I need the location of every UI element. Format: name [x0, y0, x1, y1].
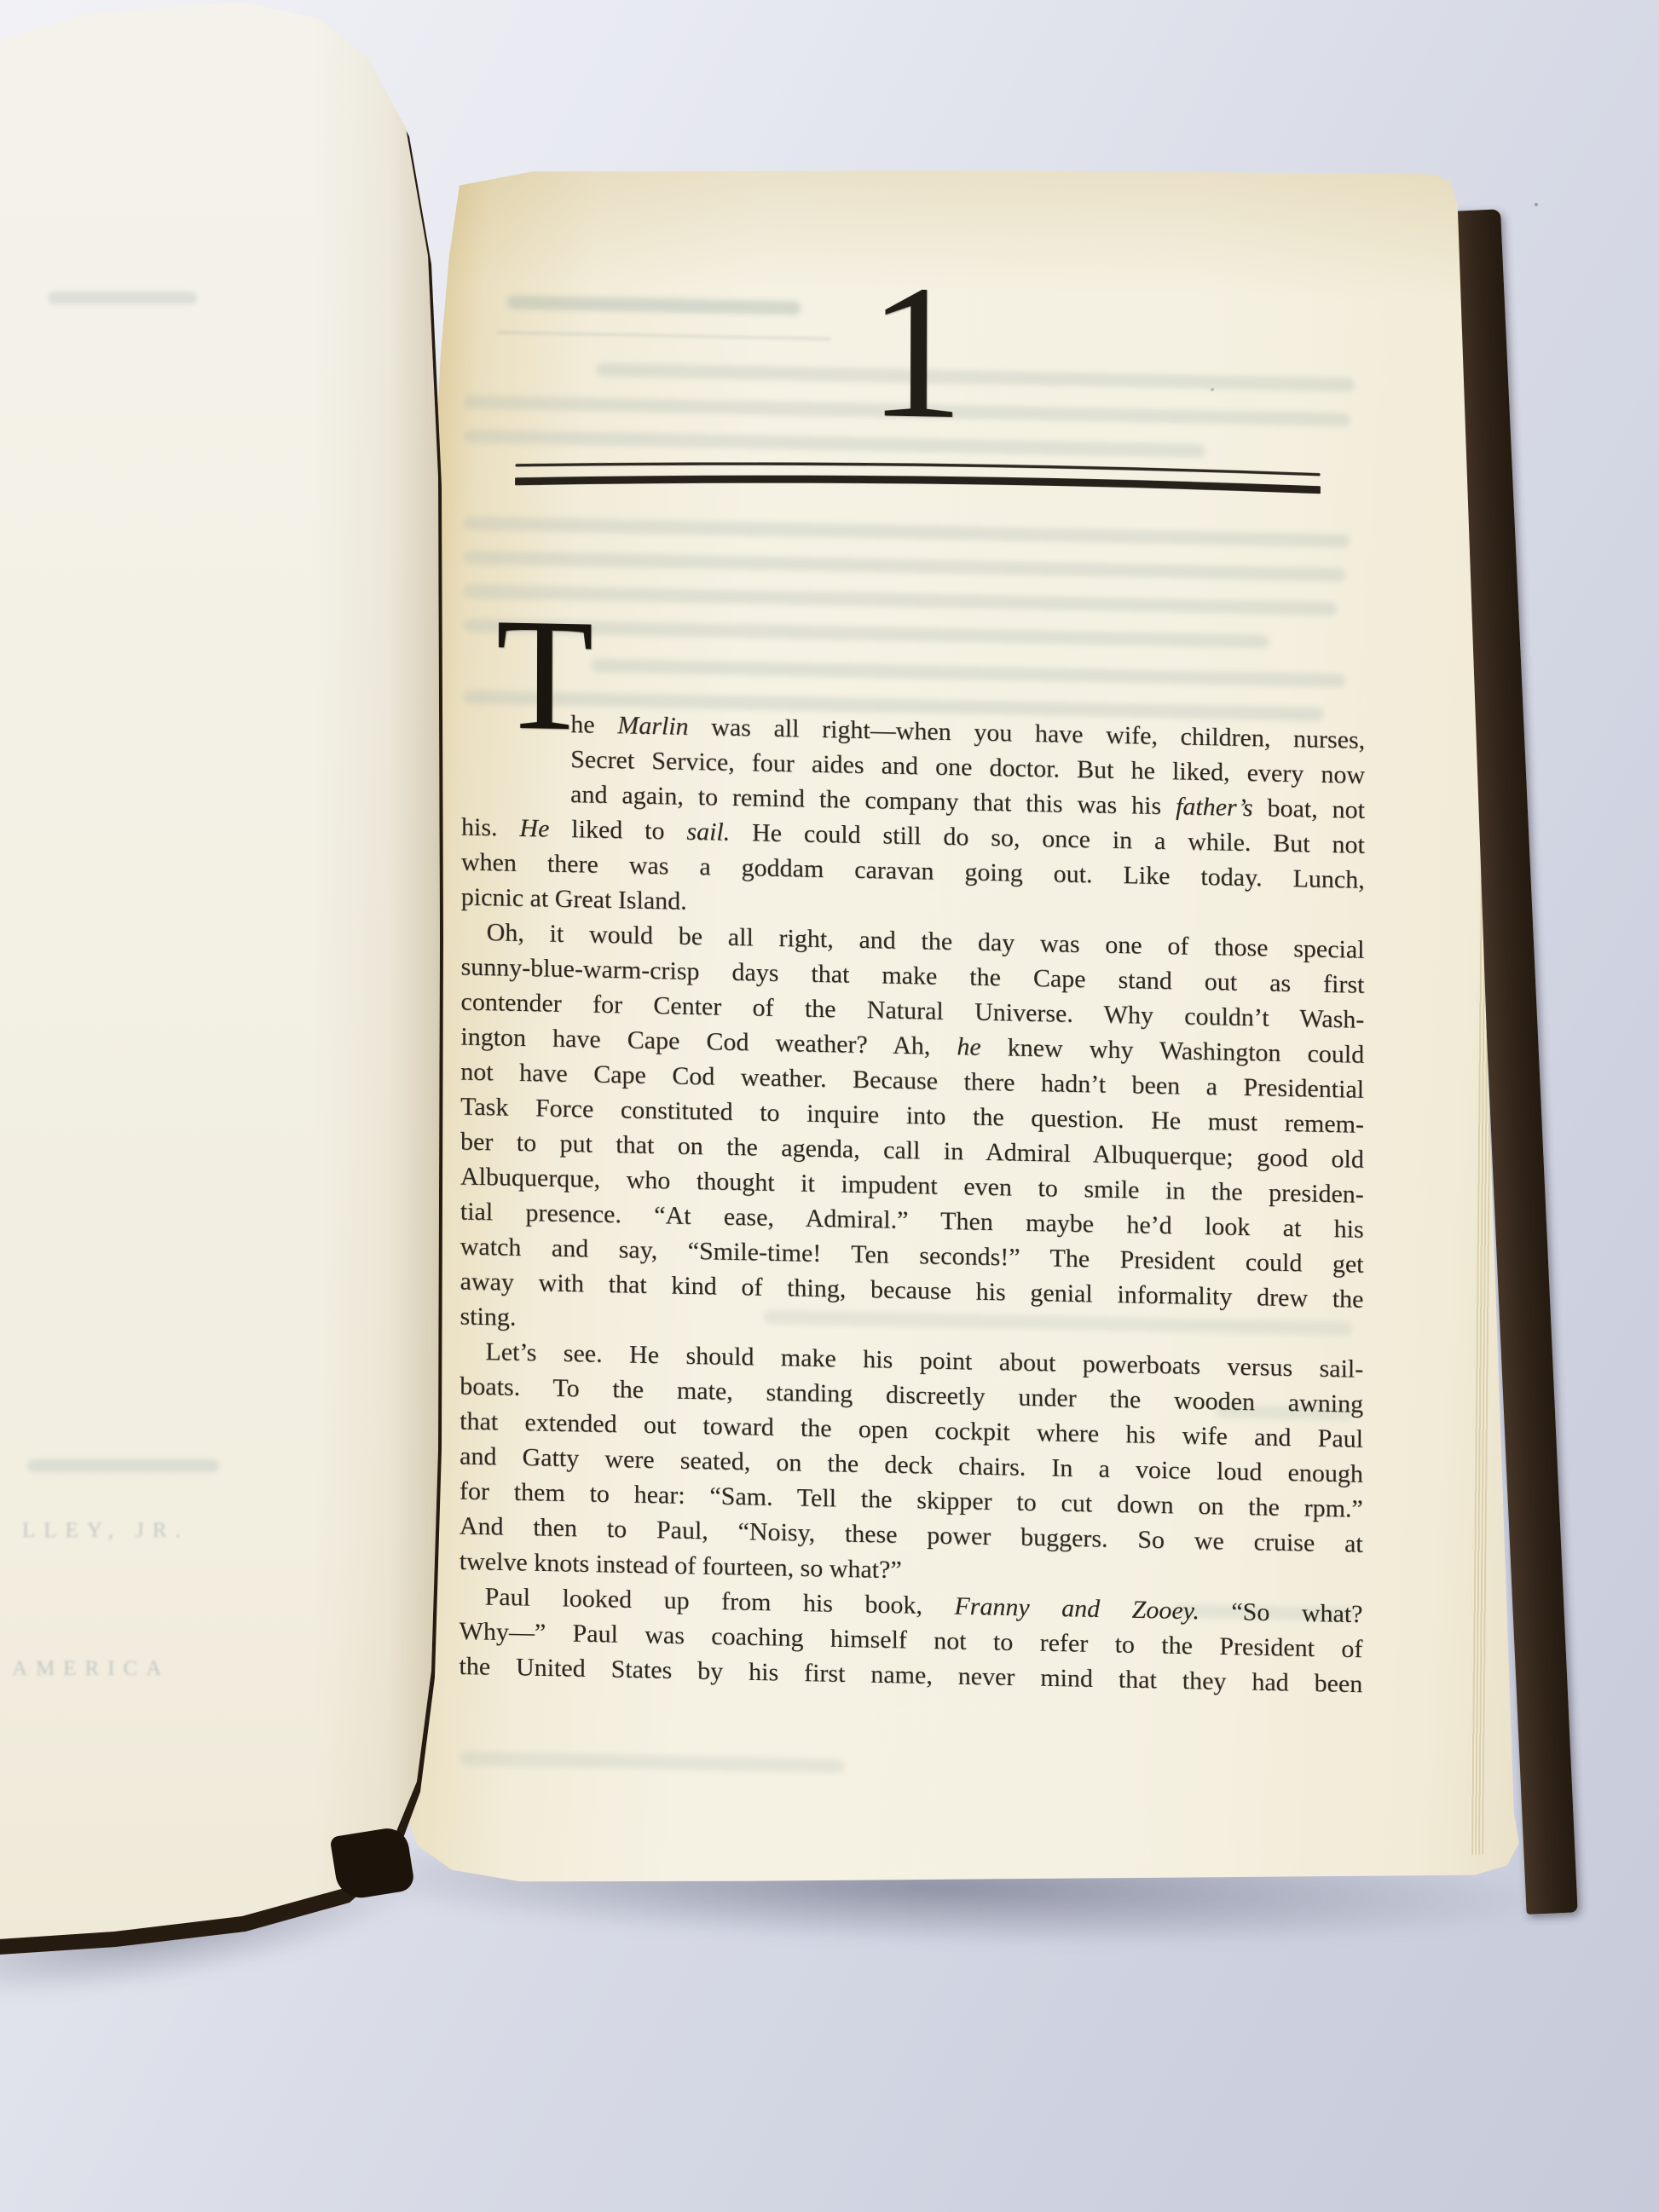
photo-open-book: 1 The Marlin was all right—when you have… — [0, 0, 1659, 2212]
text-block: The Marlin was all right—when you have w… — [459, 705, 1365, 1701]
drop-cap: T — [495, 593, 593, 755]
ghost-author-showthrough: LLEY, JR. — [22, 1519, 189, 1543]
ghost-text-showthrough — [48, 292, 197, 304]
ghost-america-showthrough: AMERICA — [12, 1657, 170, 1681]
chapter-divider-rule — [515, 451, 1321, 510]
left-page: LLEY, JR. AMERICA — [0, 0, 454, 1952]
right-page: 1 The Marlin was all right—when you have… — [392, 153, 1543, 1907]
paragraph: Oh, it would be all right, and the day w… — [460, 915, 1364, 1352]
spine-gutter-notch — [330, 1825, 416, 1901]
ghost-underline-showthrough — [497, 331, 831, 340]
paragraph: The Marlin was all right—when you have w… — [461, 705, 1365, 933]
chapter-number: 1 — [847, 255, 985, 449]
ghost-text-showthrough — [464, 551, 1346, 582]
dust-speck — [1535, 203, 1538, 206]
ghost-text-showthrough — [27, 1459, 219, 1472]
ghost-text-showthrough — [464, 517, 1350, 548]
paragraph: Paul looked up from his book, Franny and… — [459, 1579, 1362, 1701]
ghost-text-showthrough — [464, 585, 1338, 616]
paragraph: Let’s see. He should make his point abou… — [460, 1334, 1364, 1597]
ghost-text-showthrough — [507, 296, 801, 315]
ghost-text-showthrough — [591, 659, 1345, 688]
dust-speck — [1211, 388, 1214, 391]
ghost-text-showthrough — [460, 1752, 844, 1773]
